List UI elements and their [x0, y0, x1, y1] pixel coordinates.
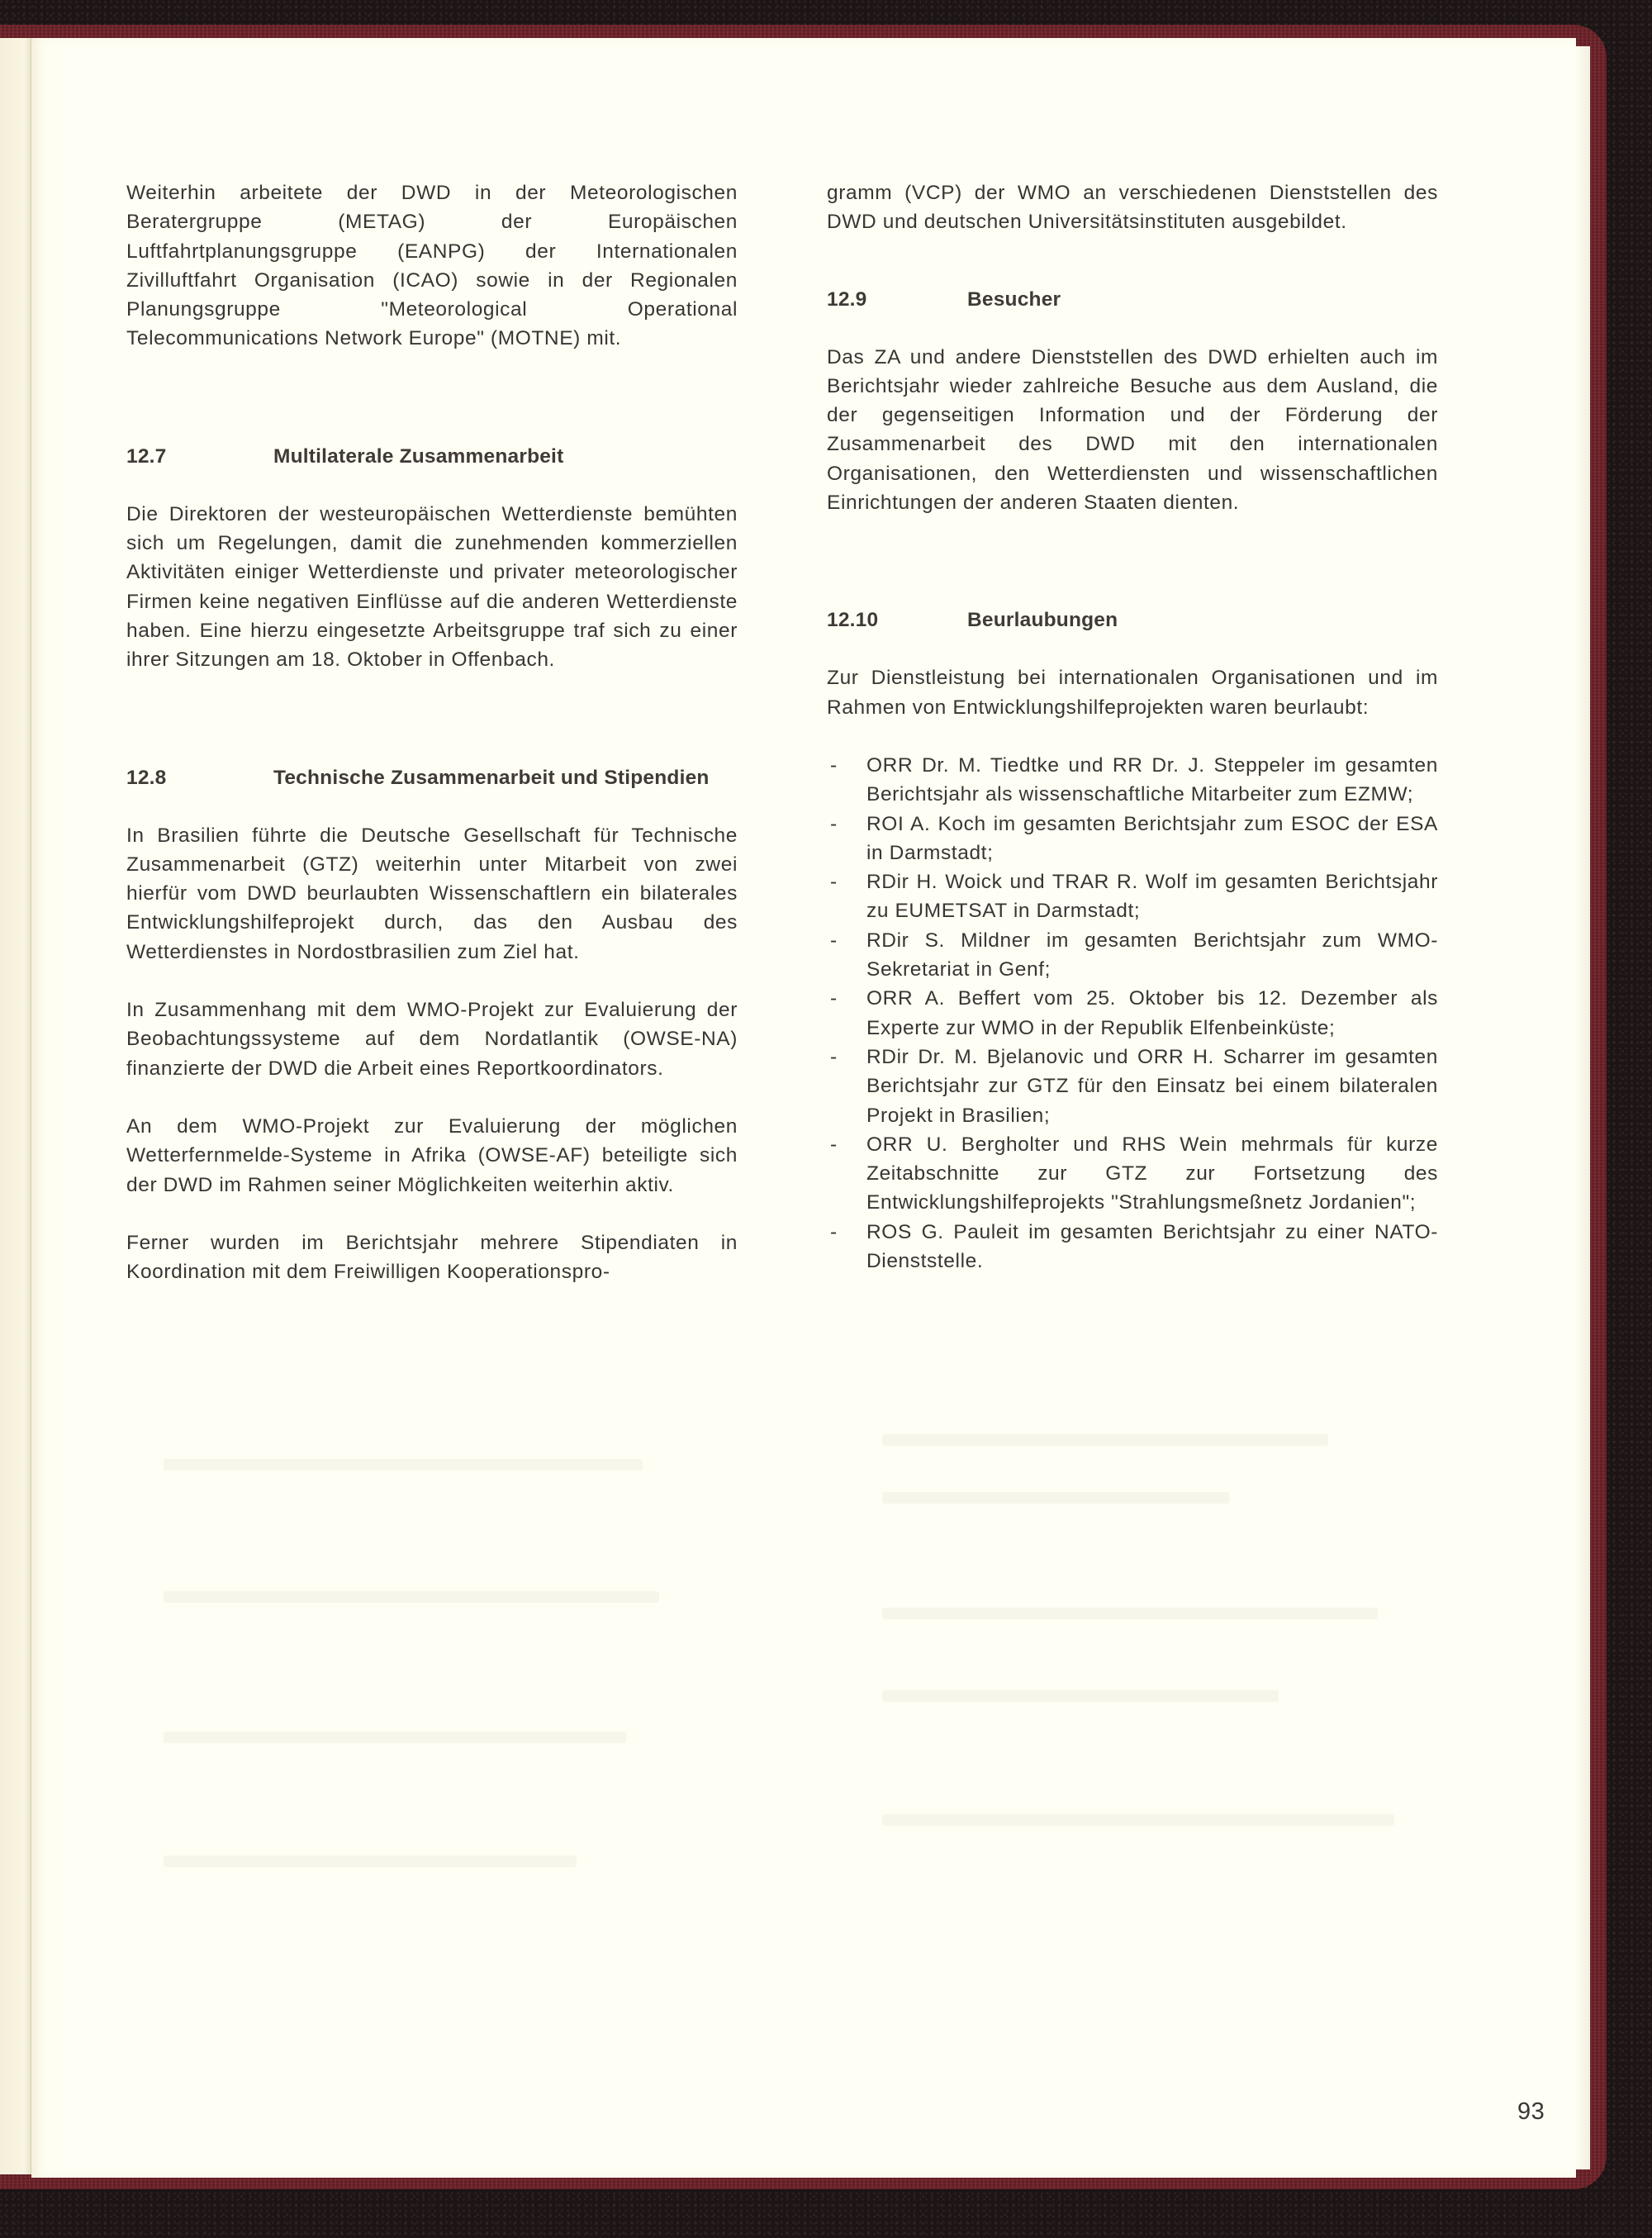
- dash-marker: -: [827, 926, 866, 985]
- document-page: Weiterhin arbeitete der DWD in der Meteo…: [31, 38, 1576, 2178]
- intro-paragraph: Weiterhin arbeitete der DWD in der Meteo…: [126, 178, 738, 354]
- page-number: 93: [1517, 2098, 1545, 2126]
- list-item: - ORR A. Beffert vom 25. Oktober bis 12.…: [827, 984, 1438, 1043]
- continuation-paragraph: gramm (VCP) der WMO an verschiedenen Die…: [827, 178, 1438, 237]
- body-paragraph: Die Direktoren der westeuropäischen Wett…: [126, 500, 738, 675]
- list-item-text: RDir S. Mildner im gesamten Berichtsjahr…: [866, 926, 1438, 985]
- list-item: - ROI A. Koch im gesamten Berichtsjahr z…: [827, 810, 1438, 868]
- list-item-text: ORR U. Bergholter und RHS Wein mehrmals …: [866, 1130, 1438, 1218]
- section-number: 12.9: [827, 285, 967, 314]
- section-number: 12.7: [126, 442, 273, 471]
- section-number: 12.8: [126, 763, 273, 792]
- section-title: Multilaterale Zusammenarbeit: [273, 442, 738, 471]
- section-number: 12.10: [827, 606, 967, 634]
- page-body: Weiterhin arbeitete der DWD in der Meteo…: [126, 178, 1489, 2128]
- list-item: - ROS G. Pauleit im gesamten Berichtsjah…: [827, 1218, 1438, 1276]
- list-item-text: ORR A. Beffert vom 25. Oktober bis 12. D…: [866, 984, 1438, 1043]
- section-title: Beurlaubungen: [967, 606, 1438, 634]
- list-item: - RDir Dr. M. Bjelanovic und ORR H. Scha…: [827, 1043, 1438, 1130]
- section-heading-12-8: 12.8 Technische Zusammenarbeit und Stipe…: [126, 763, 738, 792]
- body-paragraph: An dem WMO-Projekt zur Evaluierung der m…: [126, 1112, 738, 1200]
- list-item-text: RDir H. Woick und TRAR R. Wolf im gesamt…: [866, 867, 1438, 926]
- list-item-text: ORR Dr. M. Tiedtke und RR Dr. J. Steppel…: [866, 751, 1438, 810]
- left-column: Weiterhin arbeitete der DWD in der Meteo…: [126, 178, 738, 1315]
- list-item-text: ROI A. Koch im gesamten Berichtsjahr zum…: [866, 810, 1438, 868]
- list-item-text: RDir Dr. M. Bjelanovic und ORR H. Scharr…: [866, 1043, 1438, 1130]
- dash-marker: -: [827, 1043, 866, 1130]
- list-item: - RDir H. Woick und TRAR R. Wolf im gesa…: [827, 867, 1438, 926]
- list-item: - ORR U. Bergholter und RHS Wein mehrmal…: [827, 1130, 1438, 1218]
- list-item-text: ROS G. Pauleit im gesamten Berichtsjahr …: [866, 1218, 1438, 1276]
- leave-list: - ORR Dr. M. Tiedtke und RR Dr. J. Stepp…: [827, 751, 1438, 1276]
- list-item: - RDir S. Mildner im gesamten Berichtsja…: [827, 926, 1438, 985]
- page-stack-edge: [1574, 46, 1590, 2169]
- dash-marker: -: [827, 867, 866, 926]
- body-paragraph: In Brasilien führte die Deutsche Gesells…: [126, 821, 738, 967]
- dash-marker: -: [827, 984, 866, 1043]
- previous-page-edge: [0, 38, 31, 2174]
- list-item: - ORR Dr. M. Tiedtke und RR Dr. J. Stepp…: [827, 751, 1438, 810]
- section-heading-12-7: 12.7 Multilaterale Zusammenarbeit: [126, 442, 738, 471]
- body-paragraph: In Zusammenhang mit dem WMO-Projekt zur …: [126, 995, 738, 1083]
- section-title: Technische Zusammenarbeit und Stipendien: [273, 763, 738, 792]
- list-intro: Zur Dienstleistung bei internationalen O…: [827, 663, 1438, 722]
- body-paragraph: Das ZA und andere Dienststellen des DWD …: [827, 343, 1438, 518]
- section-title: Besucher: [967, 285, 1438, 314]
- dash-marker: -: [827, 1130, 866, 1218]
- section-heading-12-9: 12.9 Besucher: [827, 285, 1438, 314]
- body-paragraph: Ferner wurden im Berichtsjahr mehrere St…: [126, 1228, 738, 1287]
- dash-marker: -: [827, 1218, 866, 1276]
- dash-marker: -: [827, 751, 866, 810]
- right-column: gramm (VCP) der WMO an verschiedenen Die…: [827, 178, 1438, 1276]
- dash-marker: -: [827, 810, 866, 868]
- section-heading-12-10: 12.10 Beurlaubungen: [827, 606, 1438, 634]
